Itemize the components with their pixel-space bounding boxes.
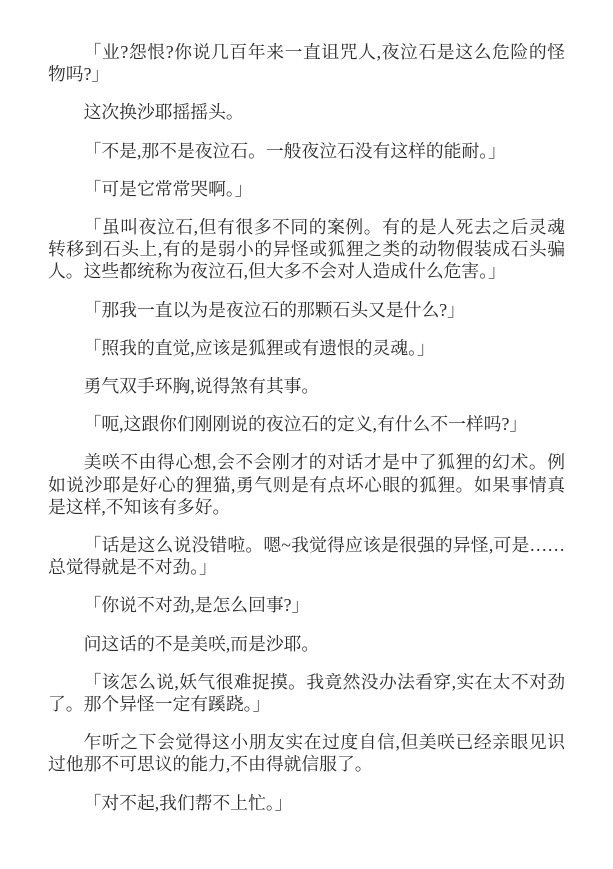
paragraph: 美咲不由得心想,会不会刚才的对话才是中了狐狸的幻术。例如说沙耶是好心的狸猫,勇气… [48,451,565,518]
paragraph: 「呃,这跟你们刚刚说的夜泣石的定义,有什么不一样吗?」 [48,413,565,435]
paragraph: 「那我一直以为是夜泣石的那颗石头又是什么?」 [48,299,565,321]
paragraph: 「业?怨恨?你说几百年来一直诅咒人,夜泣石是这么危险的怪物吗?」 [48,41,565,85]
document-page: 「业?怨恨?你说几百年来一直诅咒人,夜泣石是这么危险的怪物吗?」 这次换沙耶摇摇… [0,0,613,869]
paragraph: 「不是,那不是夜泣石。一般夜泣石没有这样的能耐。」 [48,140,565,162]
paragraph: 「可是它常常哭啊。」 [48,178,565,200]
paragraph: 「你说不对劲,是怎么回事?」 [48,594,565,616]
paragraph: 勇气双手环胸,说得煞有其事。 [48,375,565,397]
paragraph: 「对不起,我们帮不上忙。」 [48,792,565,814]
paragraph: 「该怎么说,妖气很难捉摸。我竟然没办法看穿,实在太不对劲了。那个异怪一定有蹊跷。… [48,671,565,715]
paragraph: 问这话的不是美咲,而是沙耶。 [48,633,565,655]
paragraph: 「虽叫夜泣石,但有很多不同的案例。有的是人死去之后灵魂转移到石头上,有的是弱小的… [48,216,565,283]
paragraph: 「话是这么说没错啦。嗯~我觉得应该是很强的异怪,可是……总觉得就是不对劲。」 [48,534,565,578]
paragraph: 乍听之下会觉得这小朋友实在过度自信,但美咲已经亲眼见识过他那不可思议的能力,不由… [48,731,565,775]
paragraph: 「照我的直觉,应该是狐狸或有遗恨的灵魂。」 [48,337,565,359]
paragraph: 这次换沙耶摇摇头。 [48,101,565,123]
